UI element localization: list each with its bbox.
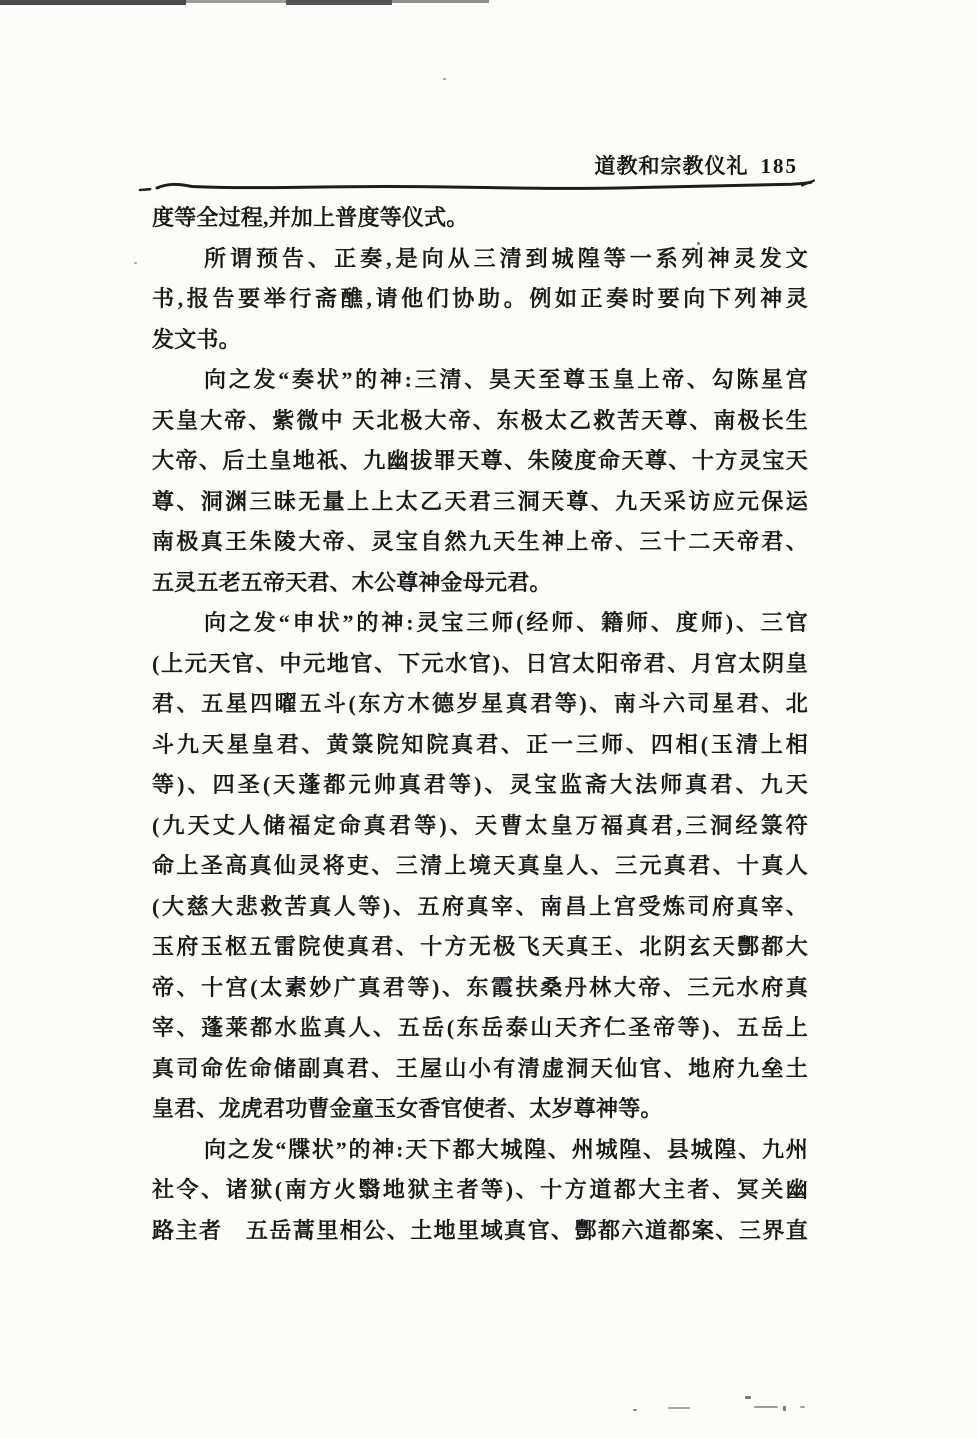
text-line: 斗九天星皇君、黄箓院知院真君、正一三师、四相(玉清上相 xyxy=(152,725,808,766)
text-line: 真司命佐命储副真君、王屋山小有清虚洞天仙官、地府九垒土 xyxy=(152,1049,808,1090)
scan-edge-segment xyxy=(0,0,186,5)
scan-speck xyxy=(697,242,700,245)
text-line: 帝、十宫(太素妙广真君等)、东霞扶桑丹林大帝、三元水府真 xyxy=(152,968,808,1009)
text-line: 向之发“牒状”的神:天下都大城隍、州城隍、县城隍、九州 xyxy=(152,1130,808,1171)
text-line: (上元天官、中元地官、下元水官)、日宫太阳帝君、月宫太阴皇 xyxy=(152,644,808,685)
body-text: 度等全过程,并加上普度等仪式。所谓预告、正奏,是向从三清到城隍等一系列神灵发文书… xyxy=(152,198,808,1251)
header-rule xyxy=(130,176,830,198)
text-line: 南极真王朱陵大帝、灵宝自然九天生神上帝、三十二天帝君、 xyxy=(152,522,808,563)
text-line: 五灵五老五帝天君、木公尊神金母元君。 xyxy=(152,563,808,604)
running-head-title: 道教和宗教仪礼 xyxy=(595,154,749,178)
scan-edge-segment xyxy=(286,0,392,5)
text-line: 发文书。 xyxy=(152,320,808,361)
scan-speck xyxy=(668,1407,690,1409)
text-line: 社令、诸狱(南方火翳地狱主者等)、十方道都大主者、冥关幽 xyxy=(152,1170,808,1211)
text-line: 君、五星四曜五斗(东方木德岁星真君等)、南斗六司星君、北 xyxy=(152,684,808,725)
scan-speck xyxy=(783,1406,786,1411)
text-line: 天皇大帝、紫微中 天北极大帝、东极太乙救苦天尊、南极长生 xyxy=(152,401,808,442)
text-line: 书,报告要举行斋醮,请他们协助。例如正奏时要向下列神灵 xyxy=(152,279,808,320)
book-page: 道教和宗教仪礼185 度等全过程,并加上普度等仪式。所谓预告、正奏,是向从三清到… xyxy=(0,0,977,1438)
scan-speck xyxy=(633,1409,637,1411)
text-line: 命上圣高真仙灵将吏、三清上境天真皇人、三元真君、十真人 xyxy=(152,846,808,887)
text-line: 玉府玉枢五雷院使真君、十方无极飞天真王、北阴玄天酆都大 xyxy=(152,927,808,968)
text-line: (大慈大悲救苦真人等)、五府真宰、南昌上宫受炼司府真宰、 xyxy=(152,887,808,928)
text-line: (九天丈人储福定命真君等)、天曹太皇万福真君,三洞经箓符 xyxy=(152,806,808,847)
scan-speck xyxy=(745,1396,751,1399)
text-line: 所谓预告、正奏,是向从三清到城隍等一系列神灵发文 xyxy=(152,239,808,280)
scan-speck xyxy=(443,78,446,80)
scan-speck xyxy=(800,1406,805,1408)
text-line: 宰、蓬莱都水监真人、五岳(东岳泰山天齐仁圣帝等)、五岳上 xyxy=(152,1008,808,1049)
text-line: 等)、四圣(天蓬都元帅真君等)、灵宝监斋大法师真君、九天 xyxy=(152,765,808,806)
text-line: 度等全过程,并加上普度等仪式。 xyxy=(152,198,808,239)
page-number: 185 xyxy=(761,154,799,178)
text-line: 向之发“申状”的神:灵宝三师(经师、籍师、度师)、三官 xyxy=(152,603,808,644)
text-line: 路主者 五岳蒿里相公、土地里域真官、酆都六道都案、三界直 xyxy=(152,1211,808,1252)
scan-edge-segment xyxy=(392,0,489,3)
text-line: 向之发“奏状”的神:三清、昊天至尊玉皇上帝、勾陈星宫 xyxy=(152,360,808,401)
scan-speck xyxy=(134,262,137,264)
text-line: 皇君、龙虎君功曹金童玉女香官使者、太岁尊神等。 xyxy=(152,1089,808,1130)
text-line: 尊、洞渊三昧无量上上太乙天君三洞天尊、九天采访应元保运 xyxy=(152,482,808,523)
text-line: 大帝、后土皇地祇、九幽拔罪天尊、朱陵度命天尊、十方灵宝天 xyxy=(152,441,808,482)
scan-speck xyxy=(754,1406,778,1408)
scan-edge-segment xyxy=(186,0,286,3)
scan-edge-artifact xyxy=(0,0,977,8)
